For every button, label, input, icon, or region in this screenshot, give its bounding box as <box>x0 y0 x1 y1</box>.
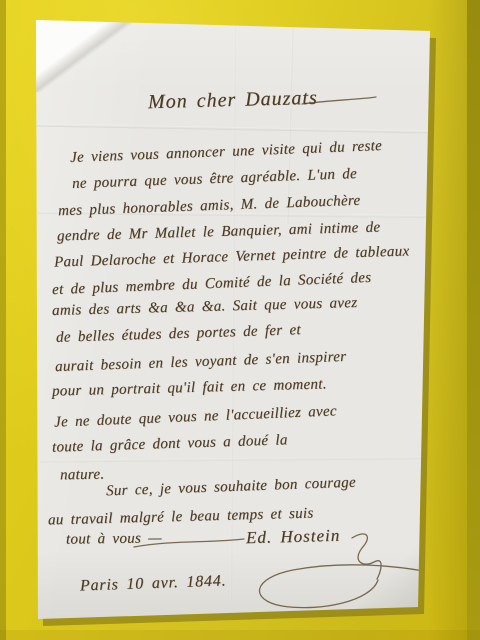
letter-paper-sheet: Mon cher Dauzats Je viens vous annoncer … <box>0 0 480 640</box>
ink-flourishes <box>0 0 480 640</box>
backdrop-right-edge <box>467 0 480 640</box>
backdrop-bottom-edge <box>0 630 480 640</box>
signature-loop-flourish <box>260 565 429 608</box>
backdrop-left-edge <box>0 0 6 640</box>
signature-zigzag-flourish <box>352 534 381 579</box>
tout-a-vous-dash-stroke <box>134 539 244 547</box>
salutation-tail-stroke <box>302 97 376 104</box>
photo-of-handwritten-letter: Mon cher Dauzats Je viens vous annoncer … <box>0 0 480 640</box>
